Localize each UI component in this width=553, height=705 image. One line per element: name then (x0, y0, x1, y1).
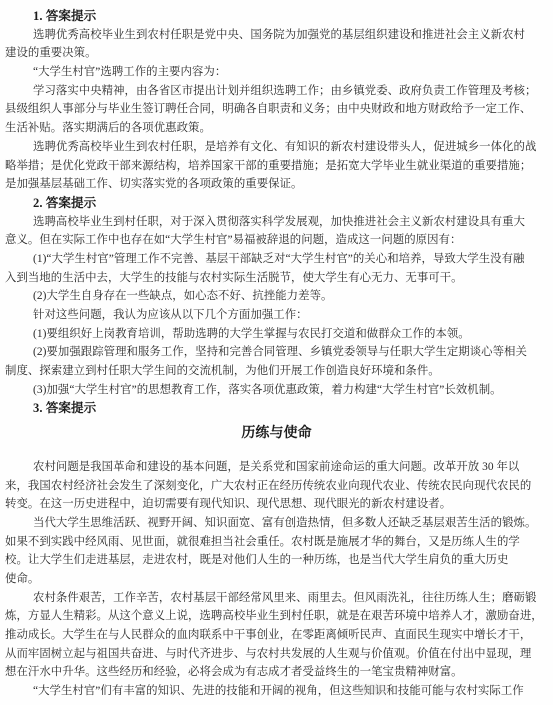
text-line: 选聘优秀高校毕业生到农村任职是党中央、国务院为加强党的基层组织建设和推进社会主义… (5, 26, 548, 45)
text-line: 选聘高校毕业生到村任职，对于深入贯彻落实科学发展观，加快推进社会主义新农村建设具… (5, 213, 548, 232)
text-line: (2)大学生自身存在一些缺点，如心态不好、抗挫能力差等。 (5, 287, 548, 306)
text-line: 略举措；是优化党政干部来源结构，培养国家干部的重要措施；是拓宽大学毕业生就业渠道… (5, 157, 548, 176)
scanned-document-page: 1. 答案提示选聘优秀高校毕业生到农村任职是党中央、国务院为加强党的基层组织建设… (0, 0, 553, 705)
text-line: 使命。 (5, 570, 548, 589)
text-line: 县级组织人事部分与毕业生签订聘任合同，明确各自职责和义务；由中央财政和地方财政给… (5, 100, 548, 119)
text-line: 制度、探索建立到村任职大学生间的交流机制，为他们开展工作创造良好环境和条件。 (5, 362, 548, 381)
text-line: 转变。在这一历史进程中，迫切需要有现代知识、现代思想、现代眼光的新农村建设者。 (5, 495, 548, 514)
text-line: “大学生村官”选聘工作的主要内容为： (5, 63, 548, 82)
document-content: 1. 答案提示选聘优秀高校毕业生到农村任职是党中央、国务院为加强党的基层组织建设… (0, 0, 553, 701)
text-line: (1)“大学生村官”管理工作不完善、基层干部缺乏对“大学生村官”的关心和培养，导… (5, 250, 548, 269)
text-line: (1)要组织好上岗教育培训，帮助选聘的大学生掌握与农民打交道和做群众工作的本领。 (5, 325, 548, 344)
text-line: (3)加强“大学生村官”的思想教育工作，落实各项优惠政策，着力构建“大学生村官”… (5, 381, 548, 400)
text-line: 推动成长。大学生在与人民群众的血肉联系中干事创业，在零距离倾听民声、直面民生现实… (5, 626, 548, 645)
text-line: 针对这些问题，我认为应该从以下几个方面加强工作： (5, 306, 548, 325)
text-line: 意义。但在实际工作中也存在如“大学生村官”易福被辞退的问题，造成这一问题的原因有… (5, 231, 548, 250)
text-line: 校。让大学生们走进基层，走进农村，既是对他们人生的一种历练，也是当代大学生肩负的… (5, 551, 548, 570)
text-line: 当代大学生思维活跃、视野开阔、知识面宽、富有创造热情，但多数人还缺乏基层艰苦生活… (5, 514, 548, 533)
text-line: 炼，方显人生精彩。从这个意义上说，选聘高校毕业生到村任职，就是在艰苦环境中培养人… (5, 607, 548, 626)
text-line: 农村问题是我国革命和建设的基本问题，是关系党和国家前途命运的重大问题。改革开放 … (5, 458, 548, 477)
text-line: 入到当地的生活中去，大学生的技能与农村实际生活脱节，使大学生有心无力、无事可干。 (5, 269, 548, 288)
essay-title: 历练与使命 (5, 425, 548, 444)
text-line: “大学生村官”们有丰富的知识、先进的技能和开阔的视角，但这些知识和技能可能与农村… (5, 682, 548, 701)
text-line: 是加强基层基础工作、切实落实党的各项政策的重要保证。 (5, 175, 548, 194)
scan-smudge (358, 685, 388, 694)
answer-hint-heading: 3. 答案提示 (5, 399, 548, 418)
text-line: 建设的重要决策。 (5, 44, 548, 63)
text-line: 从而牢固树立起与祖国共奋进、与时代齐进步、与农村共发展的人生观与价值观。价值在付… (5, 645, 548, 664)
answer-hint-heading: 1. 答案提示 (5, 7, 548, 26)
answer-hint-heading: 2. 答案提示 (5, 194, 548, 213)
text-line: 生活补贴。落实期满后的各项优惠政策。 (5, 119, 548, 138)
text-line: 想在汗水中升华。这些经历和经验，必将会成为有志成才者受益终生的一笔宝贵精神财富。 (5, 663, 548, 682)
text-line: 来，我国农村经济社会发生了深刻变化，广大农村正在经历传统农业向现代农业、传统农民… (5, 477, 548, 496)
text-line: 如果不到实践中经风雨、见世面，就很难担当社会重任。农村既是施展才华的舞台，又是历… (5, 533, 548, 552)
text-line: 选聘优秀高校毕业生到农村任职，是培养有文化、有知识的新农村建设带头人，促进城乡一… (5, 138, 548, 157)
text-line: 学习落实中央精神，由各省区市提出计划并组织选聘工作；由乡镇党委、政府负责工作管理… (5, 82, 548, 101)
text-line: (2)要加强跟踪管理和服务工作，坚持和完善合同管理、乡镇党委领导与任职大学生定期… (5, 343, 548, 362)
text-line: 农村条件艰苦，工作辛苦，农村基层干部经常风里来、雨里去。但风雨洗礼，往往历练人生… (5, 589, 548, 608)
